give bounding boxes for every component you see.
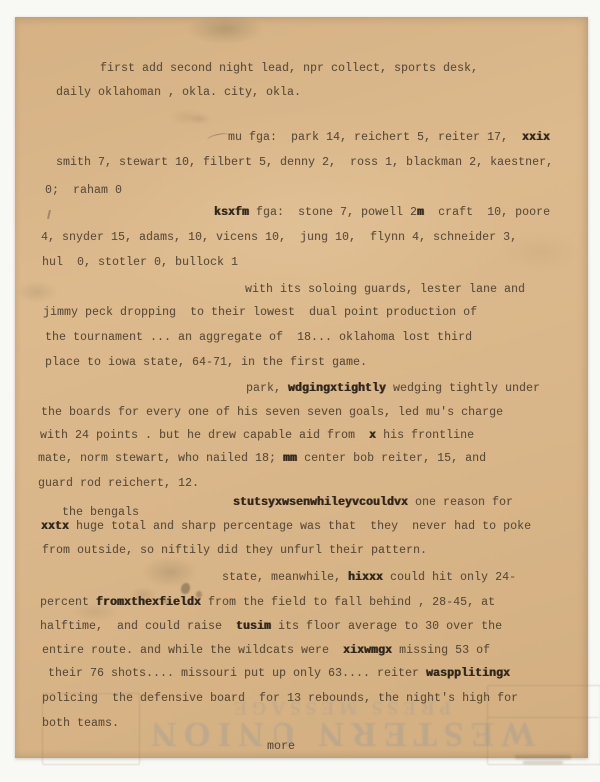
typed-line: the boards for every one of his seven se… (41, 406, 503, 419)
typed-line: mu fga: park 14, reichert 5, reiter 17, … (228, 131, 550, 144)
struck-out-text: xixwmgx (343, 644, 392, 657)
typed-text: with its soloing guards, lester lane and (245, 283, 525, 296)
typed-line: with its soloing guards, lester lane and (245, 283, 525, 296)
typed-text: policing the defensive board for 13 rebo… (42, 692, 518, 705)
typed-text: one reason for (408, 496, 513, 509)
typed-text: from the field to fall behind , 28-45, a… (201, 596, 495, 609)
typed-text: his frontline (376, 429, 474, 442)
typed-text: jimmy peck dropping to their lowest dual… (43, 306, 477, 319)
typed-line: first add second night lead, npr collect… (100, 62, 478, 75)
struck-out-text: hixxx (348, 571, 383, 584)
scan-background: PRESS MESSAGE WESTERN UNION first add se… (0, 0, 600, 782)
struck-out-text: xxix (522, 131, 550, 144)
struck-out-text: mm (283, 452, 297, 465)
typed-line: guard rod reichert, 12. (38, 477, 199, 490)
typed-text: the tournament ... an aggregate of 18...… (45, 331, 472, 344)
typed-text: park, (246, 382, 288, 395)
typed-text: huge total and sharp percentage was that… (69, 520, 531, 533)
typed-text: craft 10, poore (424, 206, 550, 219)
typed-text: mu fga: park 14, reichert 5, reiter 17, (228, 131, 522, 144)
typed-text: hul 0, stotler 0, bullock 1 (42, 256, 238, 269)
typed-line: xxtx huge total and sharp percentage was… (41, 520, 531, 533)
typed-text: both teams. (42, 717, 119, 730)
pencil-squiggle-mark (206, 132, 229, 144)
typed-line: 4, snyder 15, adams, 10, vicens 10, jung… (41, 231, 517, 244)
typed-text: the bengals (62, 506, 139, 519)
typed-text: with 24 points . but he drew capable aid… (40, 429, 369, 442)
typed-line: with 24 points . but he drew capable aid… (40, 429, 474, 442)
typed-line: both teams. (42, 717, 119, 730)
typed-text: its floor average to 30 over the (271, 620, 502, 633)
faint-stamp (515, 755, 571, 759)
typed-line: smith 7, stewart 10, filbert 5, denny 2,… (56, 156, 553, 169)
typed-text: mate, norm stewart, who nailed 18; (38, 452, 283, 465)
struck-out-text: m (417, 206, 424, 219)
typed-line: daily oklahoman , okla. city, okla. (56, 86, 301, 99)
typed-text: 0; raham 0 (45, 184, 122, 197)
struck-out-text: tusim (236, 620, 271, 633)
typed-line: entire route. and while the wildcats wer… (42, 644, 490, 657)
typed-line: mate, norm stewart, who nailed 18; mm ce… (38, 452, 486, 465)
typed-line: stutsyxwsenwhileyvcouldvx one reason for (233, 496, 513, 509)
typed-line: jimmy peck dropping to their lowest dual… (43, 306, 477, 319)
typed-line: 0; raham 0 (45, 184, 122, 197)
typed-text: percent (40, 596, 96, 609)
ink-blot (181, 583, 190, 594)
struck-out-text: waspplitingx (426, 667, 510, 680)
typed-text: fga: stone 7, powell 2 (249, 206, 417, 219)
typed-line: park, wdgingxtightly wedging tightly und… (246, 382, 540, 395)
typed-text: center bob reiter, 15, and (297, 452, 486, 465)
typed-line: more (267, 740, 295, 753)
typed-line: percent fromxthexfieldx from the field t… (40, 596, 495, 609)
typed-line: place to iowa state, 64-71, in the first… (45, 356, 367, 369)
typed-line: policing the defensive board for 13 rebo… (42, 692, 518, 705)
typed-text: could hit only 24- (383, 571, 516, 584)
typed-line: ksxfm fga: stone 7, powell 2m craft 10, … (214, 206, 550, 219)
typed-text: from outside, so niftily did they unfurl… (42, 544, 427, 557)
typed-line: state, meanwhile, hixxx could hit only 2… (222, 571, 516, 584)
struck-out-text: xxtx (41, 520, 69, 533)
typed-text: place to iowa state, 64-71, in the first… (45, 356, 367, 369)
struck-out-text: fromxthexfieldx (96, 596, 201, 609)
typed-text: guard rod reichert, 12. (38, 477, 199, 490)
faint-stamp (523, 761, 563, 764)
typed-line: halftime, and could raise tusim its floo… (40, 620, 502, 633)
typed-text: state, meanwhile, (222, 571, 348, 584)
typed-line: from outside, so niftily did they unfurl… (42, 544, 427, 557)
typed-text: first add second night lead, npr collect… (100, 62, 478, 75)
typed-text: their 76 shots.... missouri put up only … (48, 667, 426, 680)
typed-line: the tournament ... an aggregate of 18...… (45, 331, 472, 344)
typed-text: the boards for every one of his seven se… (41, 406, 503, 419)
typed-text: wedging tightly under (386, 382, 540, 395)
margin-tick-mark (47, 210, 51, 219)
typed-line: their 76 shots.... missouri put up only … (48, 667, 510, 680)
typed-text: smith 7, stewart 10, filbert 5, denny 2,… (56, 156, 553, 169)
struck-out-text: wdgingxtightly (288, 382, 386, 395)
struck-out-text: stutsyxwsenwhileyvcouldvx (233, 496, 408, 509)
typed-text: halftime, and could raise (40, 620, 236, 633)
typed-line: hul 0, stotler 0, bullock 1 (42, 256, 238, 269)
typed-text: entire route. and while the wildcats wer… (42, 644, 343, 657)
struck-out-text: ksxfm (214, 206, 249, 219)
typed-text: missing 53 of (392, 644, 490, 657)
typed-text: daily oklahoman , okla. city, okla. (56, 86, 301, 99)
typed-line: the bengals (62, 506, 139, 519)
typed-text: more (267, 740, 295, 753)
form-box-right-divider (487, 717, 599, 718)
typed-text: 4, snyder 15, adams, 10, vicens 10, jung… (41, 231, 517, 244)
